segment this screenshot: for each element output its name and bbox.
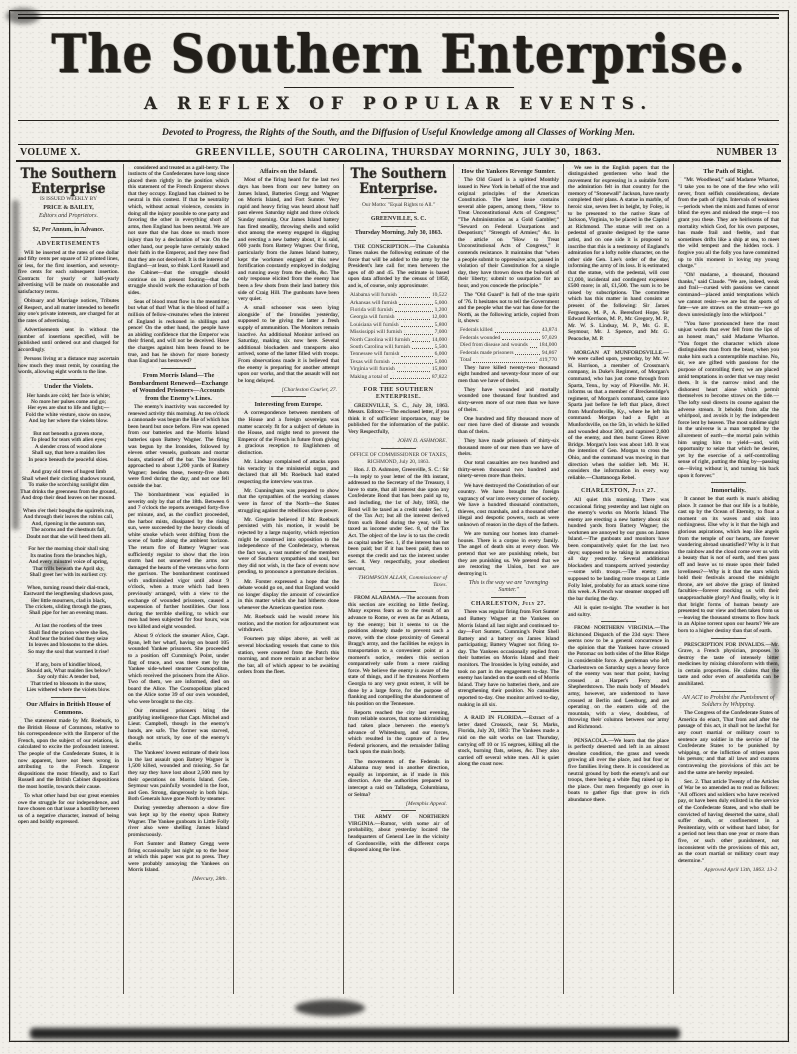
signature-line: [Mercury, 28th.	[130, 876, 227, 883]
leader-dots	[399, 297, 430, 298]
article-paragraph: The Old Guard is a spirited Monthly issu…	[458, 177, 559, 289]
article-paragraph: About 9 o'clock the steamer Alice, Capt.…	[128, 633, 229, 706]
ink-smudge	[295, 1000, 365, 1016]
leader-row: Died from disease and wounds184,000	[460, 342, 557, 348]
verse-line: Shall pipe for her an evening mass.	[18, 610, 119, 616]
column-3: Affairs on the Island.Most of the firing…	[233, 164, 343, 994]
column-rule	[51, 237, 85, 238]
leader-label: Died from disease and wounds	[460, 342, 528, 348]
article-paragraph: To what other hand but our great enemies…	[18, 793, 119, 826]
centered-line: Editors and Proprietors.	[18, 213, 119, 220]
article-paragraph: Fourteen pay ships above, as well as sev…	[238, 636, 339, 676]
leader-label: Georgia will furnish	[350, 314, 395, 320]
column-rule	[491, 711, 525, 712]
column-rule	[711, 638, 745, 639]
article-paragraph: The "Old Guard" is full of the true spir…	[458, 292, 559, 325]
article-paragraph: The movements of the Federals in Alabama…	[348, 759, 449, 799]
leader-value: 12,000	[432, 314, 447, 320]
article-paragraph: Mr. Lindsay complained of attacks upon h…	[238, 459, 339, 485]
column-rule	[51, 223, 85, 224]
article-paragraph: Most of the firing heard for the last tw…	[238, 177, 339, 302]
centered-line: OFFICE OF COMMISSIONER OF TAXES, RICHMON…	[348, 452, 449, 466]
column-rule	[381, 383, 415, 384]
newspaper-title: The Southern Enterprise.	[14, 23, 783, 86]
ink-smudge	[40, 560, 70, 570]
leader-label: Arkansas will furnish	[350, 300, 397, 306]
column-rule	[601, 484, 635, 485]
article-paragraph: THE CONSCRIPTION.—The Columbia Times mak…	[348, 244, 449, 290]
leader-dots	[515, 354, 539, 355]
leader-row: Total419,770	[460, 357, 557, 363]
article-headline: Immortality.	[678, 487, 779, 494]
verse-line: And gray old trees of hugest limb	[18, 469, 119, 475]
centered-line: ADVERTISEMENTS	[18, 241, 119, 248]
leader-label: Tennessee will furnish	[350, 351, 399, 357]
column-rule	[711, 482, 745, 483]
volume-label: VOLUME X.	[20, 147, 81, 158]
leader-dots	[473, 362, 537, 363]
article-paragraph: Seas of blood must flow in the meantime;…	[128, 299, 229, 365]
verse-line: Her eyes are shut to life and light;—	[18, 405, 119, 411]
column-rule	[601, 621, 635, 622]
centered-line: FOR THE SOUTHERN ENTERPRISE.	[348, 387, 449, 401]
verse-line: Shall say, that here a maiden lies	[18, 450, 119, 456]
leader-label: Texas will furnish	[350, 359, 390, 365]
leader-value: 5,800	[435, 322, 447, 328]
article-headline: From Morris Island—The Bombardment Renew…	[128, 372, 229, 402]
article-paragraph: One hundred and fifty thousand more of o…	[458, 416, 559, 436]
article-paragraph: Mr. Roebuck said he would renew his moti…	[238, 614, 339, 634]
masthead-top-rule-2	[18, 17, 779, 19]
centered-line: GREENVILLE, S. C.	[348, 216, 449, 223]
article-paragraph: Mr. Cunningham was prepared to show that…	[238, 488, 339, 514]
leader-label: Federals killed	[460, 327, 493, 333]
column-rule	[381, 591, 415, 592]
leader-value: 5,500	[435, 344, 447, 350]
article-paragraph: Sec. 2. That article Twenty of the Artic…	[678, 779, 779, 865]
centered-line: $2, Per Annum, in Advance.	[18, 227, 119, 234]
column-4: The Southern Enterprise.Our Motto: "Equa…	[343, 164, 453, 994]
column-rule	[491, 597, 525, 598]
signature-line: [Memphis Appeal.	[350, 801, 447, 808]
article-paragraph: MORGAN AT MUNFORDSVILLE.—We were called …	[568, 350, 669, 482]
signature-line: [Charleston Courier, 27.	[240, 387, 337, 394]
article-paragraph: There was regular firing from Fort Sumte…	[458, 609, 559, 708]
article-paragraph: The enemy's inactivity was succeeded by …	[128, 404, 229, 490]
article-paragraph: The Congress of the Confederate States o…	[678, 710, 779, 776]
leader-value: 7,000	[435, 329, 447, 335]
leader-dots	[404, 334, 433, 335]
centered-line: This is the way we are "avenging Sumter.…	[458, 580, 559, 594]
leader-label: Total	[460, 357, 471, 363]
leader-dots	[399, 304, 432, 305]
leader-value: 10,522	[432, 292, 447, 298]
article-paragraph: They have made prisoners of thirty-six t…	[458, 438, 559, 458]
centered-line: The Southern Enterprise.	[348, 165, 449, 195]
leader-value: 14,000	[432, 337, 447, 343]
ink-smudge	[6, 8, 40, 24]
leader-value: 97,029	[542, 335, 557, 341]
leader-dots	[392, 363, 433, 364]
column-rule	[161, 368, 195, 369]
leader-value: 419,770	[539, 357, 557, 363]
column-rule	[601, 734, 635, 735]
verse-line: And drop their dead leaves on her mound.	[18, 495, 119, 501]
leader-row: Federals made prisoners94,867	[460, 350, 557, 356]
leader-dots	[395, 311, 433, 312]
article-paragraph: They have killed twenty-two thousand eig…	[458, 365, 559, 385]
article-paragraph: GREENVILLE, S. C., July 28, 1863. Messrs…	[348, 403, 449, 436]
article-headline: Affairs on the Island.	[238, 168, 339, 175]
leader-row: Mississippi will furnish7,000	[350, 329, 447, 335]
leader-row: Georgia will furnish12,000	[350, 314, 447, 320]
article-paragraph: Reports reached the city last evening, f…	[348, 710, 449, 756]
article-paragraph: considered and treated as a gall-berry. …	[128, 165, 229, 297]
leader-value: 6,000	[435, 351, 447, 357]
article-paragraph: A correspondence between members of the …	[238, 410, 339, 456]
column-rule	[601, 346, 635, 347]
article-paragraph: They have wounded and mortally wounded o…	[458, 387, 559, 413]
article-paragraph: We have destroyed the Constitution of ou…	[458, 483, 559, 529]
column-rule	[381, 448, 415, 449]
article-paragraph: Obituary and Marriage notices, Tributes …	[18, 298, 119, 324]
leader-dots	[412, 348, 433, 349]
article-paragraph: Advertisements sent in without the numbe…	[18, 327, 119, 353]
leader-row: Alabama will furnish10,522	[350, 292, 447, 298]
leader-value: 87,822	[432, 374, 447, 380]
column-6: We see in the English papers that the di…	[563, 164, 673, 994]
leader-value: 94,867	[542, 350, 557, 356]
leader-label: North Carolina will furnish	[350, 337, 410, 343]
newspaper-motto: Devoted to Progress, the Rights of the S…	[14, 128, 783, 138]
article-paragraph: "Mr. Woodhead," said Madame Wharton, "I …	[678, 177, 779, 269]
leader-row: Making a total of87,822	[350, 374, 447, 380]
verse-line: Eastward the lengthening shadows pass,	[18, 591, 119, 597]
leader-row: Virginia will furnish15,800	[350, 366, 447, 372]
leader-row: North Carolina will furnish14,000	[350, 337, 447, 343]
leader-row: Tennessee will furnish6,000	[350, 351, 447, 357]
verse-line: Lies withered where the violets blow.	[18, 687, 119, 693]
ink-smudge	[30, 1028, 680, 1039]
newspaper-subtitle: A REFLEX OF POPULAR EVENTS.	[14, 94, 783, 114]
article-paragraph: "You have pronounced here the most unjus…	[678, 321, 779, 479]
article-paragraph: PENSACOLA.—We learn that the place is pe…	[568, 738, 669, 804]
column-5: How the Yankees Revenge Sumter.The Old G…	[453, 164, 563, 994]
leader-row: Louisiana will furnish5,800	[350, 322, 447, 328]
verse-line: To make the scorching sunlight dim	[18, 482, 119, 488]
centered-line: CHARLESTON, July 27.	[568, 488, 669, 495]
article-paragraph: The Yankees' lowest estimate of their lo…	[128, 750, 229, 803]
leader-label: Virginia will furnish	[350, 366, 395, 372]
article-paragraph: We are turning our homes into charnel-ho…	[458, 531, 559, 577]
column-2: considered and treated as a gall-berry. …	[123, 164, 233, 994]
verse-line: And through their leaves the robins call…	[18, 514, 119, 520]
centered-line: The Southern Enterprise	[18, 165, 119, 195]
verse-line: Doubt not that she will heed them all.	[18, 534, 119, 540]
leader-row: Arkansas will furnish5,000	[350, 300, 447, 306]
column-rule	[51, 379, 85, 380]
article-paragraph: Mr. Gregorie believed if Mr. Roebuck per…	[238, 517, 339, 576]
leader-label: Mississippi will furnish	[350, 329, 402, 335]
leader-value: 5,000	[435, 300, 447, 306]
verse-line: In leaves and blossoms to the skies.	[18, 642, 119, 648]
article-paragraph: All quiet this morning. There was occasi…	[568, 497, 669, 603]
leader-dots	[401, 326, 433, 327]
article-paragraph: Fort Sumter and Battery Gregg were firin…	[128, 841, 229, 874]
leader-label: South Carolina will furnish	[350, 344, 410, 350]
leader-label: Making a total of	[350, 374, 388, 380]
leader-value: 43,874	[542, 327, 557, 333]
article-paragraph: Will be inserted at the rates of one dol…	[18, 250, 119, 296]
article-paragraph: FROM ALABAMA.—The accounts from this sec…	[348, 595, 449, 707]
article-paragraph: THE ARMY OF NORTHERN VIRGINIA.—Rumor, wi…	[348, 814, 449, 854]
centered-line: IS ISSUED WEEKLY BY	[18, 196, 119, 203]
title-divider-rule	[284, 87, 514, 88]
leader-label: Alabama will furnish	[350, 292, 397, 298]
article-paragraph: Hon. J. D. Ashmore, Greenville, S. C.: S…	[348, 467, 449, 573]
masthead-top-rule	[18, 14, 779, 15]
article-paragraph: It cannot be that earth is man's abiding…	[678, 496, 779, 634]
article-paragraph: Mr. Forster expressed a hope that the de…	[238, 579, 339, 612]
article-paragraph: A RAID IN FLORIDA.—Extract of a letter d…	[458, 715, 559, 768]
centered-line: AN ACT to Prohibit the Punishment of Sol…	[678, 695, 779, 709]
article-paragraph: Our returned prisoners bring the gratify…	[128, 708, 229, 748]
leader-label: Florida will furnish	[350, 307, 393, 313]
leader-dots	[390, 378, 430, 379]
article-paragraph: We see in the English papers that the di…	[568, 165, 669, 343]
ink-smudge	[770, 640, 780, 700]
leader-row: Florida will furnish1,200	[350, 307, 447, 313]
article-paragraph: PRESCRIPTION FOR INVALIDS.—Mr. Grave, a …	[678, 642, 779, 688]
article-headline: The Path of Right.	[678, 168, 779, 175]
article-paragraph: During yesterday afternoon a slow fire w…	[128, 805, 229, 838]
column-rule	[381, 212, 415, 213]
leader-value: 1,200	[435, 307, 447, 313]
leader-value: 184,000	[539, 342, 557, 348]
article-headline: How the Yankees Revenge Sumter.	[458, 168, 559, 175]
dateline-row: VOLUME X. GREENVILLE, SOUTH CAROLINA, TH…	[14, 145, 783, 160]
leader-dots	[397, 371, 430, 372]
subtitle-rule	[18, 120, 779, 121]
leader-row: Federals wounded97,029	[460, 335, 557, 341]
article-paragraph: FROM NORTHERN VIRGINIA.—The Richmond Dis…	[568, 625, 669, 731]
leader-dots	[502, 339, 540, 340]
leader-value: 15,800	[432, 366, 447, 372]
ink-smudge	[12, 200, 19, 530]
centered-line: CHARLESTON, July 27.	[458, 601, 559, 608]
signature-line: THOMPSON ALLAN, Commissioner of Taxes.	[350, 575, 447, 588]
article-paragraph: Our total casualties are two hundred and…	[458, 460, 559, 480]
leader-value: 5,000	[435, 359, 447, 365]
article-headline: Interesting from Europe.	[238, 401, 339, 408]
leader-dots	[495, 332, 540, 333]
centered-line: PRICE & BAILEY,	[18, 205, 119, 212]
leader-dots	[530, 347, 537, 348]
article-paragraph: Persons living at a distance may ascerta…	[18, 356, 119, 376]
column-rule	[381, 198, 415, 199]
leader-row: Texas will furnish5,000	[350, 359, 447, 365]
leader-dots	[397, 319, 430, 320]
column-rule	[381, 810, 415, 811]
leader-dots	[412, 341, 430, 342]
column-1: The Southern EnterpriseIS ISSUED WEEKLY …	[14, 164, 123, 994]
dateline-heavy-rule	[16, 160, 781, 162]
column-rule	[381, 240, 415, 241]
column-rule	[711, 691, 745, 692]
verse-line: The acorns and the chestnuts fall,	[18, 527, 119, 533]
leader-dots	[401, 356, 432, 357]
issue-number-label: NUMBER 13	[716, 147, 777, 158]
leader-label: Federals wounded	[460, 335, 500, 341]
leader-label: Louisiana will furnish	[350, 322, 399, 328]
article-paragraph: The bombardment was equalled in severity…	[128, 492, 229, 630]
column-rule	[381, 226, 415, 227]
column-7: The Path of Right."Mr. Woodhead," said M…	[673, 164, 783, 994]
article-headline: Under the Violets.	[18, 383, 119, 390]
centered-line: Our Motto: "Equal Rights to All."	[348, 202, 449, 209]
centered-line: Thursday Morning, July 30, 1863.	[348, 230, 449, 237]
verse-line: And lay her where the violets blow.	[18, 418, 119, 424]
column-rule	[51, 697, 85, 698]
leader-row: Federals killed43,874	[460, 327, 557, 333]
article-paragraph: All is quiet to-night. The weather is ho…	[568, 605, 669, 618]
leader-label: Federals made prisoners	[460, 350, 513, 356]
newspaper-page: The Southern Enterprise. A REFLEX OF POP…	[14, 14, 783, 994]
article-paragraph: A small schooner was seen lying alongsid…	[238, 305, 339, 384]
city-date-line: GREENVILLE, SOUTH CAROLINA, THURSDAY MOR…	[195, 147, 601, 158]
verse-line: For her the morning choir shall sing	[18, 546, 119, 552]
leader-row: South Carolina will furnish5,500	[350, 344, 447, 350]
poem-block: Her hands are cold; her face is white;No…	[18, 393, 119, 694]
verse-line: To plead for tears with alien eyes;	[18, 437, 119, 443]
article-paragraph: "Oh! madame, a thousand, thousand thanks…	[678, 272, 779, 318]
article-headline: Our Affairs in British House of Commons.	[18, 701, 119, 716]
signature-line: Approved April 13th, 1863. 13-2	[680, 867, 777, 874]
column-rule	[271, 396, 305, 397]
article-paragraph: The statement made by Mr. Roebuck, to th…	[18, 718, 119, 791]
signature-line: JOHN D. ASHMORE.	[350, 438, 447, 445]
column-grid: The Southern EnterpriseIS ISSUED WEEKLY …	[14, 164, 783, 994]
